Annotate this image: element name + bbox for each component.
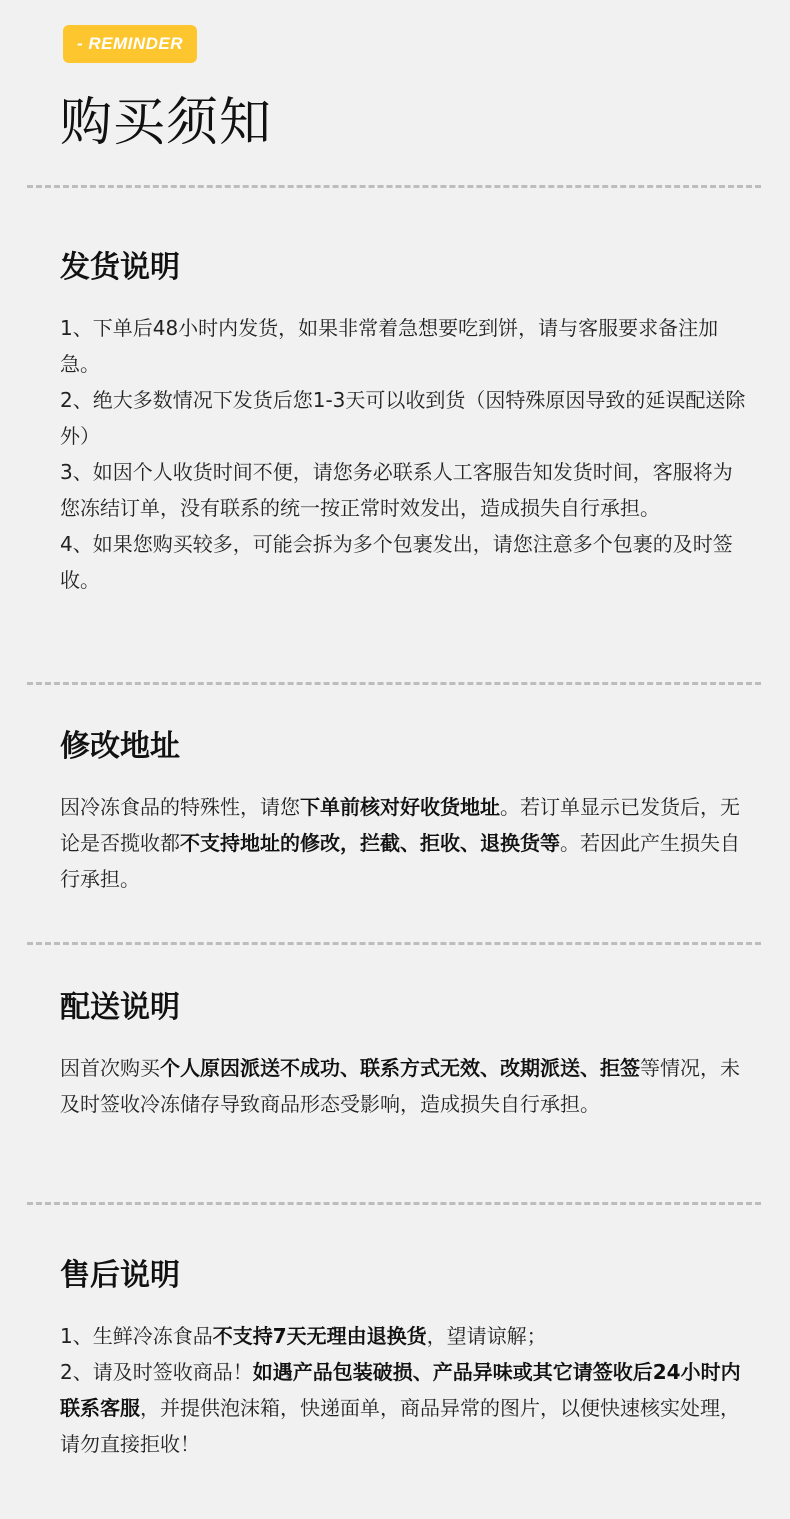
section-body: 1、下单后48小时内发货，如果非常着急想要吃到饼，请与客服要求备注加急。2、绝大… [60,310,750,598]
body-text: 4、如果您购买较多，可能会拆为多个包裹发出，请您注意多个包裹的及时签收。 [60,532,733,592]
body-text: 1、生鲜冷冻食品 [60,1324,213,1348]
section-title: 配送说明 [60,988,750,1028]
section-delivery: 配送说明 因首次购买个人原因派送不成功、联系方式无效、改期派送、拒签等情况，未及… [60,988,750,1122]
emphasis-text: 个人原因派送不成功、联系方式无效、改期派送、拒签 [160,1056,640,1080]
section-after-sales: 售后说明 1、生鲜冷冻食品不支持7天无理由退换货，望请谅解；2、请及时签收商品！… [60,1256,750,1462]
section-shipping: 发货说明 1、下单后48小时内发货，如果非常着急想要吃到饼，请与客服要求备注加急… [60,248,750,598]
body-text: 1、下单后48小时内发货，如果非常着急想要吃到饼，请与客服要求备注加急。 [60,316,718,376]
divider [27,942,761,945]
divider [27,185,761,188]
section-body: 因首次购买个人原因派送不成功、联系方式无效、改期派送、拒签等情况，未及时签收冷冻… [60,1050,750,1122]
divider [27,1202,761,1205]
body-text: ，并提供泡沫箱，快递面单，商品异常的图片，以便快速核实处理，请勿直接拒收！ [60,1396,740,1456]
section-paragraph: 1、生鲜冷冻食品不支持7天无理由退换货，望请谅解； [60,1318,750,1354]
section-title: 修改地址 [60,727,750,767]
section-body: 因冷冻食品的特殊性，请您下单前核对好收货地址。若订单显示已发货后，无论是否揽收都… [60,789,750,897]
reminder-badge-label: - REMINDER [77,34,183,54]
section-paragraph: 2、绝大多数情况下发货后您1-3天可以收到货（因特殊原因导致的延误配送除外） [60,382,750,454]
section-address-change: 修改地址 因冷冻食品的特殊性，请您下单前核对好收货地址。若订单显示已发货后，无论… [60,727,750,897]
emphasis-text: 不支持7天无理由退换货 [213,1324,427,1348]
divider [27,682,761,685]
body-text: 3、如因个人收货时间不便，请您务必联系人工客服告知发货时间，客服将为您冻结订单，… [60,460,733,520]
emphasis-text: 不支持地址的修改，拦截、拒收、退换货等 [180,831,560,855]
body-text: ，望请谅解； [427,1324,547,1348]
body-text: 2、请及时签收商品！ [60,1360,253,1384]
reminder-badge: - REMINDER [63,25,197,63]
section-paragraph: 1、下单后48小时内发货，如果非常着急想要吃到饼，请与客服要求备注加急。 [60,310,750,382]
body-text: 2、绝大多数情况下发货后您1-3天可以收到货（因特殊原因导致的延误配送除外） [60,388,745,448]
section-paragraph: 因冷冻食品的特殊性，请您下单前核对好收货地址。若订单显示已发货后，无论是否揽收都… [60,789,750,897]
emphasis-text: 下单前核对好收货地址 [300,795,500,819]
page-title: 购买须知 [60,88,272,158]
section-title: 发货说明 [60,248,750,288]
section-paragraph: 因首次购买个人原因派送不成功、联系方式无效、改期派送、拒签等情况，未及时签收冷冻… [60,1050,750,1122]
section-paragraph: 3、如因个人收货时间不便，请您务必联系人工客服告知发货时间，客服将为您冻结订单，… [60,454,750,526]
body-text: 因冷冻食品的特殊性，请您 [60,795,300,819]
section-paragraph: 2、请及时签收商品！如遇产品包装破损、产品异味或其它请签收后24小时内联系客服，… [60,1354,750,1462]
section-paragraph: 4、如果您购买较多，可能会拆为多个包裹发出，请您注意多个包裹的及时签收。 [60,526,750,598]
section-body: 1、生鲜冷冻食品不支持7天无理由退换货，望请谅解；2、请及时签收商品！如遇产品包… [60,1318,750,1462]
body-text: 因首次购买 [60,1056,160,1080]
section-title: 售后说明 [60,1256,750,1296]
